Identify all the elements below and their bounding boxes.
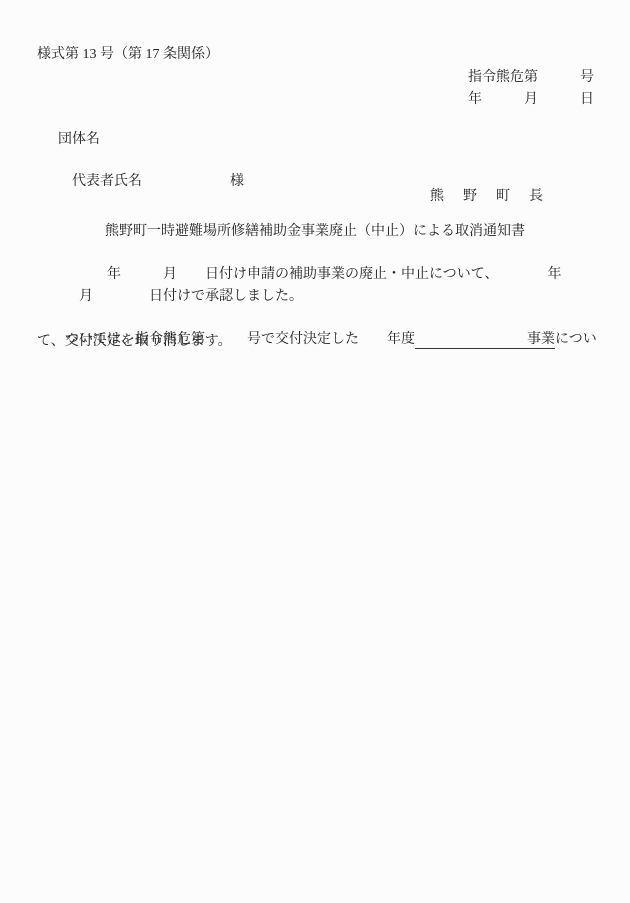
sender-mayor-title: 熊 野 町 長 — [430, 187, 546, 207]
document-title: 熊野町一時避難場所修繕補助金事業廃止（中止）による取消通知書 — [0, 222, 630, 242]
directive-number-line: 指令熊危第 号 — [468, 68, 594, 88]
representative-name-label: 代表者氏名 — [72, 174, 142, 189]
recipient-representative-line: 代表者氏名様 — [58, 152, 244, 212]
body-line-1: 年 月 日付け申請の補助事業の廃止・中止について、 年 — [37, 265, 561, 285]
document-page: 様式第 13 号（第 17 条関係） 指令熊危第 号 年 月 日 団体名 代表者… — [0, 0, 630, 903]
body-line-3-post: につい — [555, 332, 597, 347]
form-number: 様式第 13 号（第 17 条関係） — [37, 45, 219, 65]
date-line: 年 月 日 — [468, 90, 594, 110]
fiscal-year-project-blank: 事業 — [415, 331, 555, 349]
body-line-2: 月 日付けで承認しました。 — [37, 287, 303, 307]
recipient-organization-label: 団体名 — [58, 130, 100, 150]
body-line-4: て、交付決定を取り消します。 — [37, 332, 232, 352]
honorific-sama: 様 — [230, 174, 244, 189]
